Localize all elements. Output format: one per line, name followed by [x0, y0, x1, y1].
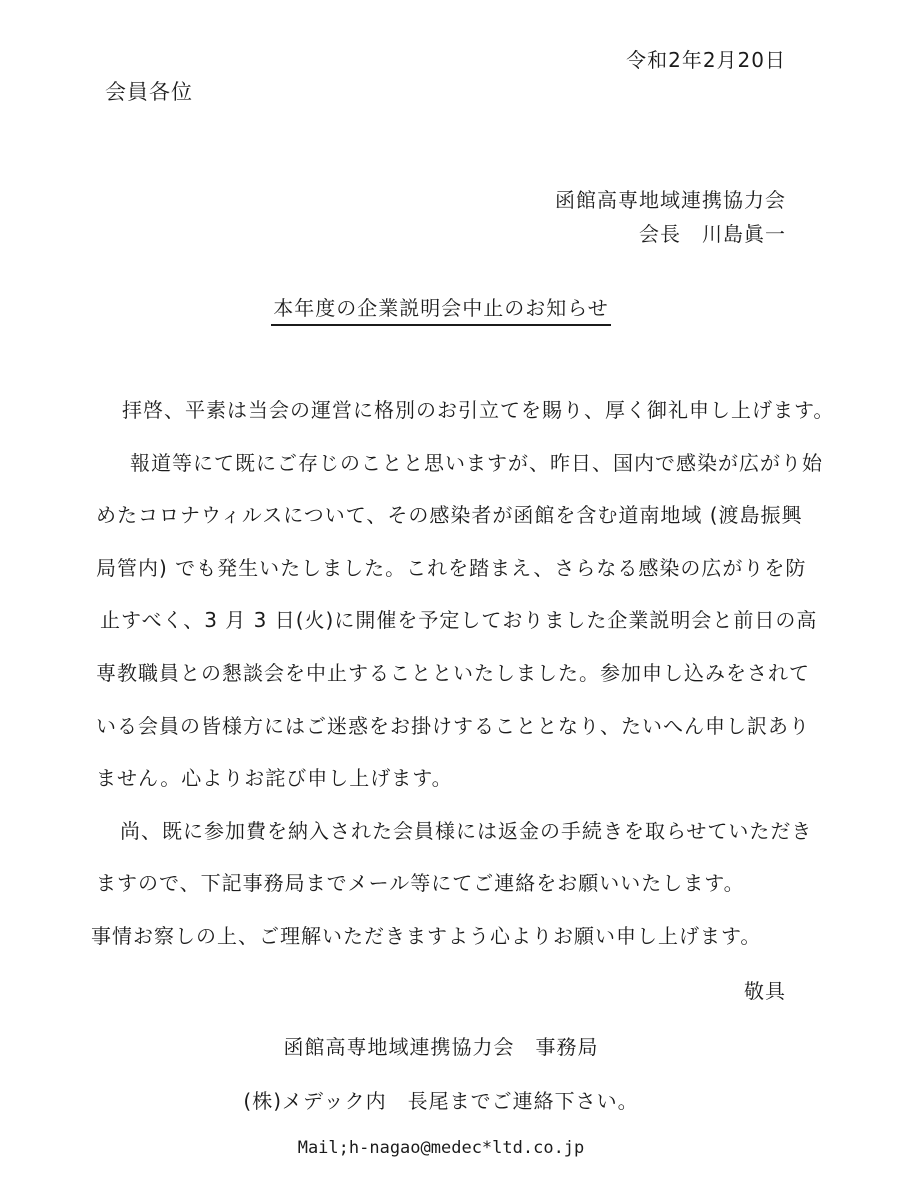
footer-email: Mail;h-nagao@medec*ltd.co.jp: [96, 1138, 786, 1158]
footer-office-line: 函館高専地域連携協力会 事務局: [96, 1031, 786, 1060]
body-line-10: ますので、下記事務局までメール等にてご連絡をお願いいたします。: [96, 857, 786, 910]
addressee: 会員各位: [105, 76, 795, 106]
letter-page: 令和2年2月20日 会員各位 函館高専地域連携協力会 会長 川島眞一 本年度の企…: [0, 0, 900, 1200]
letter-date: 令和2年2月20日: [96, 44, 790, 73]
body-line-3: めたコロナウィルスについて、その感染者が函館を含む道南地域 (渡島振興: [96, 489, 786, 542]
body-line-11: 事情お察しの上、ご理解いただきますよう心よりお願い申し上げます。: [91, 910, 786, 963]
letter-title-row: 本年度の企業説明会中止のお知らせ: [96, 292, 786, 326]
body-line-1: 拝啓、平素は当会の運営に格別のお引立てを賜り、厚く御礼申し上げます。: [96, 384, 786, 437]
letter-body: 拝啓、平素は当会の運営に格別のお引立てを賜り、厚く御礼申し上げます。 報道等にて…: [96, 384, 786, 963]
body-line-9: 尚、既に参加費を納入された会員様には返金の手続きを取らせていただき: [96, 805, 786, 858]
footer-contact-line: (株)メデック内 長尾までご連絡下さい。: [96, 1085, 786, 1114]
body-line-8: ません。心よりお詫び申し上げます。: [96, 752, 786, 805]
sender-organization: 函館高専地域連携協力会: [96, 184, 794, 213]
letter-title: 本年度の企業説明会中止のお知らせ: [271, 292, 610, 326]
sender-name: 会長 川島眞一: [96, 218, 794, 247]
body-line-2: 報道等にて既にご存じのことと思いますが、昨日、国内で感染が広がり始: [96, 437, 786, 490]
body-line-4: 局管内) でも発生いたしました。これを踏まえ、さらなる感染の広がりを防: [96, 542, 786, 595]
body-line-5: 止すべく、3 月 3 日(火)に開催を予定しておりました企業説明会と前日の高: [96, 594, 786, 647]
body-line-7: いる会員の皆様方にはご迷惑をお掛けすることとなり、たいへん申し訳あり: [96, 700, 786, 753]
body-line-6: 専教職員との懇談会を中止することといたしました。参加申し込みをされて: [96, 647, 786, 700]
letter-content-column: 令和2年2月20日 会員各位 函館高専地域連携協力会 会長 川島眞一 本年度の企…: [96, 0, 786, 1200]
closing-word: 敬具: [96, 975, 793, 1004]
